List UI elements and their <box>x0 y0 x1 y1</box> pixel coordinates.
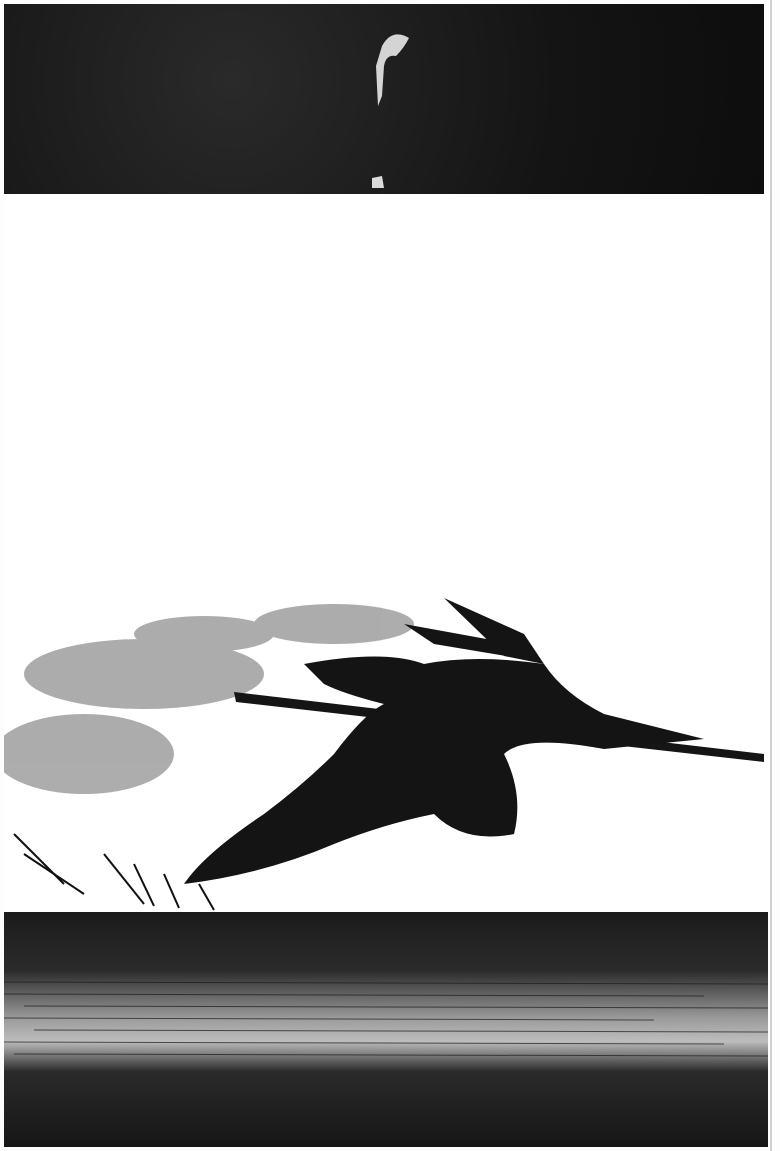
panel-top-night <box>4 4 764 194</box>
page-edge <box>770 0 772 1151</box>
pale-figure-illustration <box>364 26 414 191</box>
panel-leaping-warrior <box>4 194 774 914</box>
warrior-silhouette-illustration <box>4 194 774 914</box>
manga-page <box>0 0 780 1151</box>
speed-lines <box>4 972 768 1072</box>
panel-ground-speedlines <box>4 912 768 1147</box>
